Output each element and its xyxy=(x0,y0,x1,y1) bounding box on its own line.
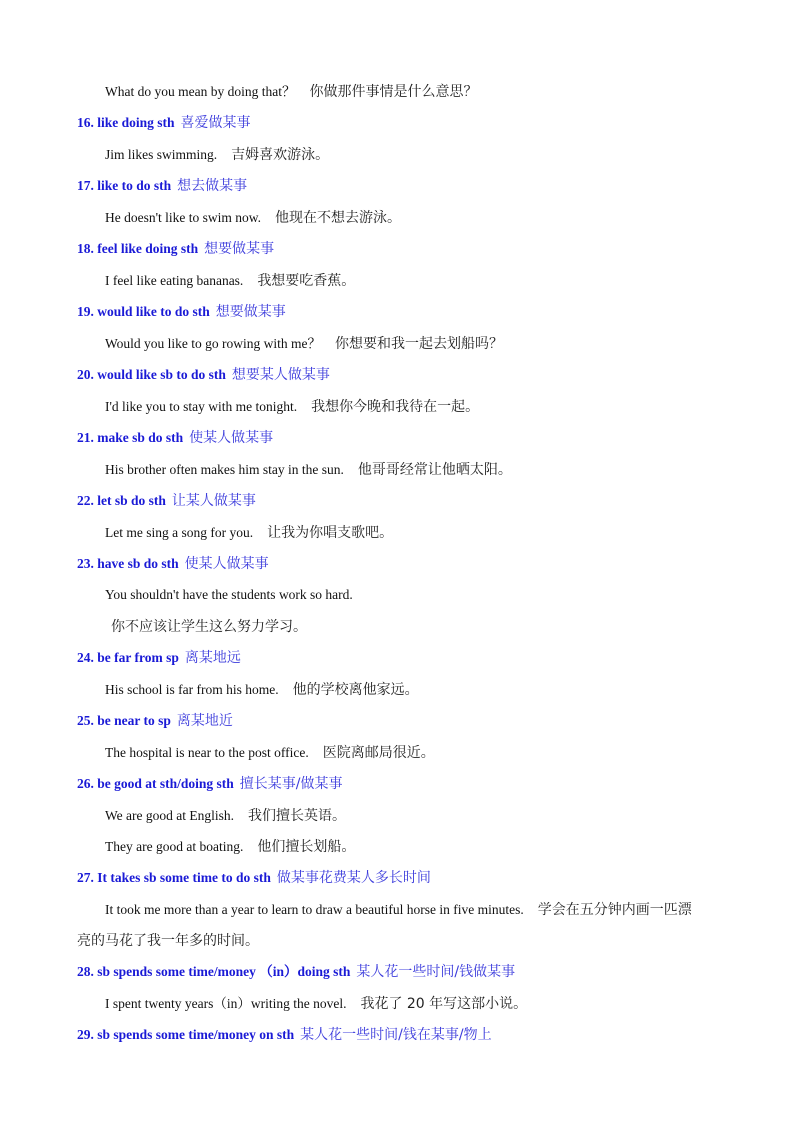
example-chinese: 你想要和我一起去划船吗？ xyxy=(335,336,503,352)
example-chinese: 他现在不想去游泳。 xyxy=(275,210,401,226)
example-sentence: Jim likes swimming.吉姆喜欢游泳。 xyxy=(105,145,329,165)
phrase-heading-29: 29. sb spends some time/money on sth某人花一… xyxy=(77,1025,492,1045)
example-english: He doesn't like to swim now. xyxy=(105,210,261,225)
example-english: What do you mean by doing that？ xyxy=(105,84,295,99)
phrase-chinese: 喜爱做某事 xyxy=(181,115,251,131)
example-chinese-translation: 你不应该让学生这么努力学习。 xyxy=(111,617,307,637)
phrase-chinese: 做某事花费某人多长时间 xyxy=(277,870,431,886)
example-sentence: The hospital is near to the post office.… xyxy=(105,743,435,763)
example-chinese: 我想要吃香蕉。 xyxy=(257,273,355,289)
phrase-heading-22: 22. let sb do sth让某人做某事 xyxy=(77,491,256,511)
phrase-heading-17: 17. like to do sth想去做某事 xyxy=(77,176,247,196)
example-chinese: 你做那件事情是什么意思？ xyxy=(309,84,477,100)
phrase-english: 27. It takes sb some time to do sth xyxy=(77,870,271,885)
example-chinese: 让我为你唱支歌吧。 xyxy=(267,525,393,541)
example-chinese: 我想你今晚和我待在一起。 xyxy=(311,399,479,415)
example-chinese: 医院离邮局很近。 xyxy=(323,745,435,761)
example-sentence: I'd like you to stay with me tonight.我想你… xyxy=(105,397,479,417)
phrase-chinese: 使某人做某事 xyxy=(185,556,269,572)
example-chinese: 他的学校离他家远。 xyxy=(293,682,419,698)
example-english: You shouldn't have the students work so … xyxy=(105,587,353,602)
phrase-chinese: 想要做某事 xyxy=(216,304,286,320)
example-sentence: He doesn't like to swim now.他现在不想去游泳。 xyxy=(105,208,401,228)
phrase-heading-16: 16. like doing sth喜爱做某事 xyxy=(77,113,251,133)
phrase-chinese: 想要某人做某事 xyxy=(232,367,330,383)
phrase-chinese: 想去做某事 xyxy=(177,178,247,194)
example-english: Let me sing a song for you. xyxy=(105,525,253,540)
example-sentence: Would you like to go rowing with me？你想要和… xyxy=(105,334,503,354)
phrase-chinese: 某人花一些时间/钱做某事 xyxy=(356,964,515,980)
example-english: I feel like eating bananas. xyxy=(105,273,243,288)
phrase-chinese: 让某人做某事 xyxy=(172,493,256,509)
phrase-heading-21: 21. make sb do sth使某人做某事 xyxy=(77,428,273,448)
example-english: We are good at English. xyxy=(105,808,234,823)
phrase-chinese: 某人花一些时间/钱在某事/物上 xyxy=(300,1027,491,1043)
example-sentence: They are good at boating.他们擅长划船。 xyxy=(105,837,355,857)
example-chinese: 他哥哥经常让他晒太阳。 xyxy=(358,462,512,478)
example-english: I spent twenty years（in）writing the nove… xyxy=(105,996,346,1011)
phrase-english: 25. be near to sp xyxy=(77,713,171,728)
example-chinese: 我们擅长英语。 xyxy=(248,808,346,824)
phrase-english: 17. like to do sth xyxy=(77,178,171,193)
phrase-chinese: 擅长某事/做某事 xyxy=(240,776,343,792)
example-english: His school is far from his home. xyxy=(105,682,279,697)
example-sentence: I spent twenty years（in）writing the nove… xyxy=(105,994,527,1014)
example-sentence: It took me more than a year to learn to … xyxy=(105,900,692,920)
example-english: They are good at boating. xyxy=(105,839,243,854)
phrase-heading-20: 20. would like sb to do sth想要某人做某事 xyxy=(77,365,330,385)
phrase-heading-25: 25. be near to sp离某地近 xyxy=(77,711,233,731)
example-sentence: I feel like eating bananas.我想要吃香蕉。 xyxy=(105,271,355,291)
phrase-heading-24: 24. be far from sp离某地远 xyxy=(77,648,241,668)
example-chinese: 我花了 20 年写这部小说。 xyxy=(360,996,527,1012)
example-chinese: 学会在五分钟内画一匹漂 xyxy=(538,902,692,918)
phrase-chinese: 离某地近 xyxy=(177,713,233,729)
phrase-english: 23. have sb do sth xyxy=(77,556,179,571)
example-sentence: His brother often makes him stay in the … xyxy=(105,460,512,480)
example-english: The hospital is near to the post office. xyxy=(105,745,309,760)
phrase-heading-28: 28. sb spends some time/money （in）doing … xyxy=(77,962,515,982)
phrase-english: 28. sb spends some time/money （in）doing … xyxy=(77,964,350,979)
phrase-english: 19. would like to do sth xyxy=(77,304,210,319)
example-sentence: You shouldn't have the students work so … xyxy=(105,585,353,605)
phrase-english: 22. let sb do sth xyxy=(77,493,166,508)
document-page: What do you mean by doing that？你做那件事情是什么… xyxy=(0,0,800,1131)
phrase-chinese: 使某人做某事 xyxy=(189,430,273,446)
phrase-english: 20. would like sb to do sth xyxy=(77,367,226,382)
example-sentence: We are good at English.我们擅长英语。 xyxy=(105,806,346,826)
example-chinese-continued: 亮的马花了我一年多的时间。 xyxy=(77,931,259,951)
phrase-english: 21. make sb do sth xyxy=(77,430,183,445)
phrase-heading-18: 18. feel like doing sth想要做某事 xyxy=(77,239,274,259)
phrase-chinese: 离某地远 xyxy=(185,650,241,666)
phrase-heading-23: 23. have sb do sth使某人做某事 xyxy=(77,554,269,574)
example-chinese: 吉姆喜欢游泳。 xyxy=(231,147,329,163)
phrase-english: 26. be good at sth/doing sth xyxy=(77,776,234,791)
phrase-heading-19: 19. would like to do sth想要做某事 xyxy=(77,302,286,322)
phrase-english: 18. feel like doing sth xyxy=(77,241,198,256)
example-english: Would you like to go rowing with me？ xyxy=(105,336,321,351)
phrase-heading-27: 27. It takes sb some time to do sth做某事花费… xyxy=(77,868,431,888)
phrase-heading-26: 26. be good at sth/doing sth擅长某事/做某事 xyxy=(77,774,343,794)
phrase-chinese: 想要做某事 xyxy=(204,241,274,257)
phrase-english: 16. like doing sth xyxy=(77,115,175,130)
example-english: I'd like you to stay with me tonight. xyxy=(105,399,297,414)
example-english: Jim likes swimming. xyxy=(105,147,217,162)
example-english: It took me more than a year to learn to … xyxy=(105,902,524,917)
phrase-english: 29. sb spends some time/money on sth xyxy=(77,1027,294,1042)
example-chinese: 他们擅长划船。 xyxy=(257,839,355,855)
example-sentence: His school is far from his home.他的学校离他家远… xyxy=(105,680,419,700)
example-sentence: What do you mean by doing that？你做那件事情是什么… xyxy=(105,82,477,102)
phrase-english: 24. be far from sp xyxy=(77,650,179,665)
example-sentence: Let me sing a song for you.让我为你唱支歌吧。 xyxy=(105,523,393,543)
example-english: His brother often makes him stay in the … xyxy=(105,462,344,477)
